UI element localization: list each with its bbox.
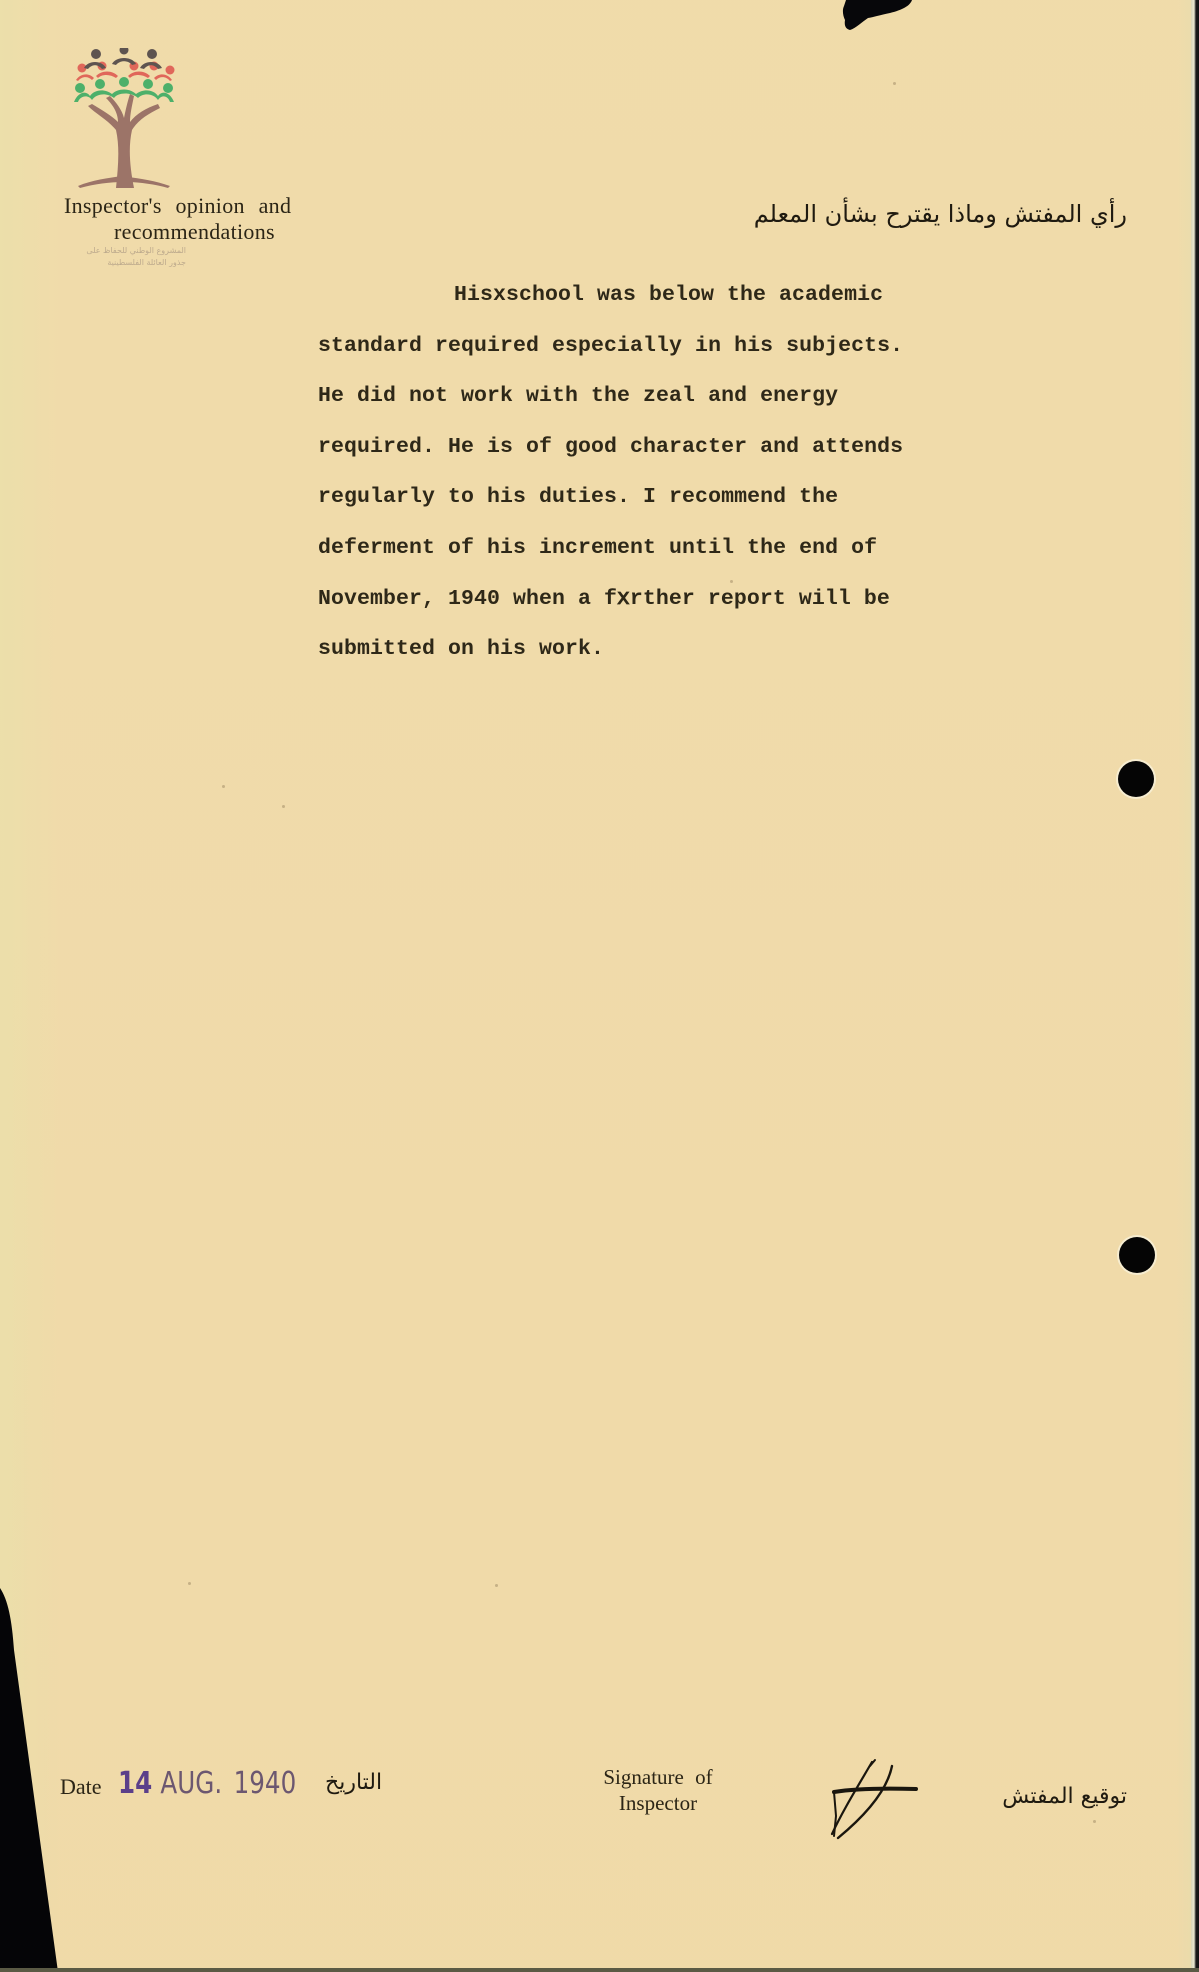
family-tree-logo-icon [72,48,176,190]
paper-speck [188,1582,191,1585]
paper-speck [1093,1820,1096,1823]
date-label: Date [60,1774,102,1800]
date-label-ar: التاريخ [325,1770,382,1795]
punch-hole [1119,1237,1155,1273]
signature-label-line1: Signature of [588,1764,728,1790]
body-line: regularly to his duties. I recommend the [318,472,1058,523]
paper-speck [495,1584,498,1587]
section-title-en: Inspector's opinion and recommendations [64,193,334,245]
paper-speck [282,805,285,808]
watermark-line: المشروع الوطني للحفاظ على [66,245,186,257]
date-stamp-month: AUG. [160,1766,222,1801]
body-line: required. He is of good character and at… [318,422,1058,473]
body-line: He did not work with the zeal and energy [318,371,1058,422]
scan-edge-shadow [0,0,70,1972]
body-line: submitted on his work. [318,624,1058,675]
body-line: Hisxschool was below the academic [318,270,1058,321]
body-line: standard required especially in his subj… [318,321,1058,372]
date-stamp: 14AUG.1940 [118,1766,296,1801]
handwritten-signature-icon [812,1756,922,1846]
scan-artifact-blob [840,0,920,36]
paper-bottom-edge [0,1968,1199,1972]
paper-speck [222,785,225,788]
body-line: deferment of his increment until the end… [318,523,1058,574]
punch-hole [1118,761,1154,797]
paper-speck [893,82,896,85]
paper-right-edge [1191,0,1199,1972]
section-title-line1: Inspector's opinion and [64,193,334,219]
watermark-line: جذور العائلة الفلسطينية [66,257,186,269]
date-stamp-day: 14 [118,1766,152,1801]
logo-watermark-text: المشروع الوطني للحفاظ على جذور العائلة ا… [66,245,186,269]
section-title-ar: رأي المفتش وماذا يقترح بشأن المعلم [754,198,1127,230]
inspector-opinion-text: Hisxschool was below the academic standa… [318,270,1058,675]
body-line: November, 1940 when a fⅹrther report wil… [318,574,1058,625]
document-page: Inspector's opinion and recommendations … [0,0,1199,1972]
date-stamp-year: 1940 [234,1766,297,1801]
signature-label: Signature of Inspector [588,1764,728,1816]
section-title-line2: recommendations [64,219,334,245]
signature-label-line2: Inspector [588,1790,728,1816]
signature-label-ar: توقيع المفتش [1002,1784,1127,1809]
